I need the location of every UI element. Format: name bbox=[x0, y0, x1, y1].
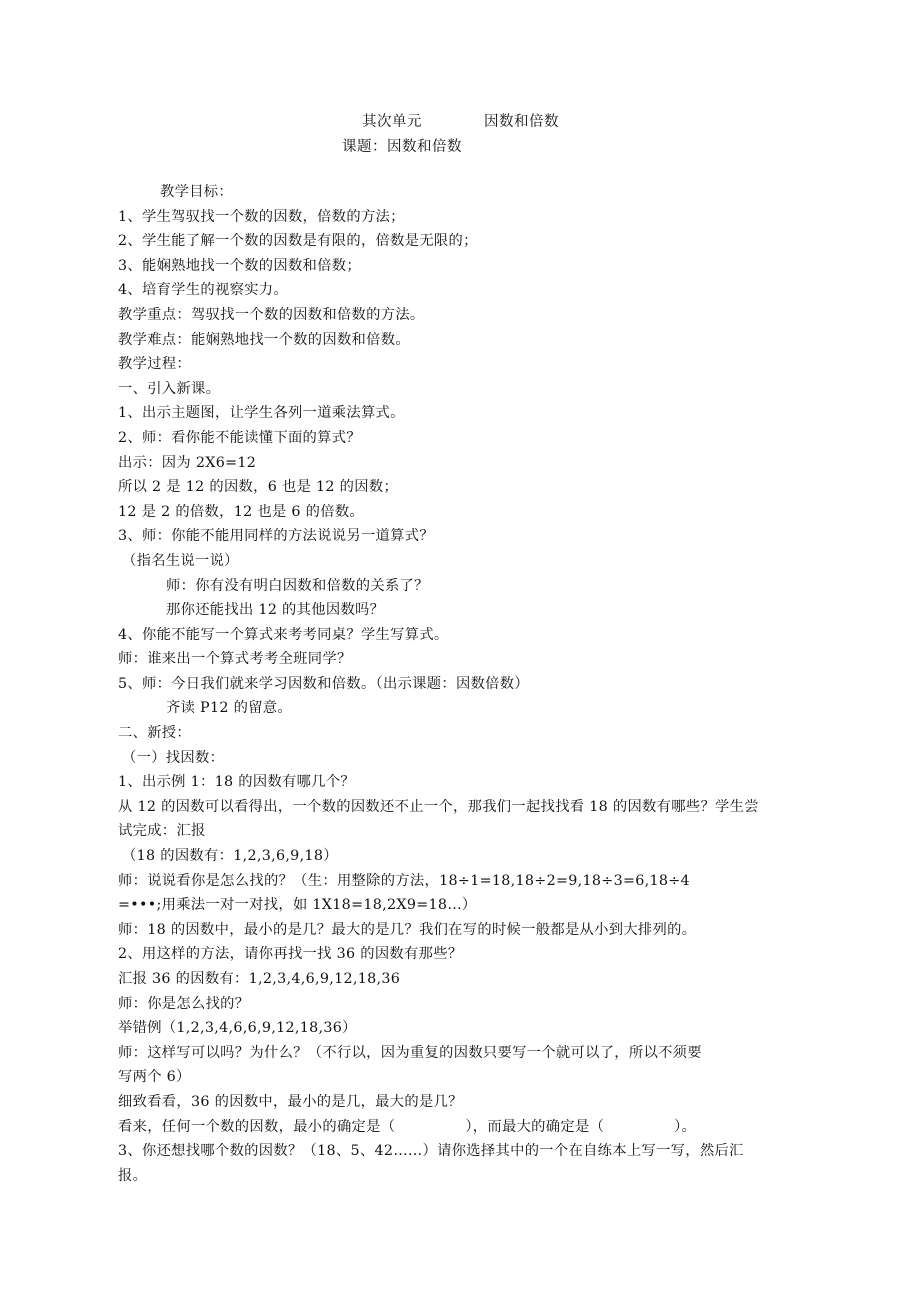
process-line: 写两个 6） bbox=[118, 1065, 808, 1090]
process-line: 2、师：看你能不能读懂下面的算式？ bbox=[118, 426, 808, 451]
process-heading: 教学过程： bbox=[118, 352, 808, 377]
process-line: 3、你还想找哪个数的因数？（18、5、42……）请你选择其中的一个在自练本上写一… bbox=[118, 1139, 808, 1164]
process-line: 汇报 36 的因数有：1,2,3,4,6,9,12,18,36 bbox=[118, 967, 808, 992]
process-line: 12 是 2 的倍数，12 也是 6 的倍数。 bbox=[118, 500, 808, 525]
lesson-body: 教学目标： 1、学生驾驭找一个数的因数，倍数的方法； 2、学生能了解一个数的因数… bbox=[118, 180, 808, 1188]
unit-topic: 因数和倍数 bbox=[484, 114, 559, 130]
section-heading: 二、新授： bbox=[118, 721, 808, 746]
process-line: 师：你有没有明白因数和倍数的关系了？ bbox=[118, 574, 808, 599]
process-line: 4、你能不能写一个算式来考考同桌？学生写算式。 bbox=[118, 623, 808, 648]
section-heading: 一、引入新课。 bbox=[118, 377, 808, 402]
process-line: 细致看看，36 的因数中，最小的是几，最大的是几？ bbox=[118, 1090, 808, 1115]
unit-label: 其次单元 bbox=[362, 114, 422, 130]
subsection-heading: （一）找因数： bbox=[118, 746, 808, 771]
process-line: 2、用这样的方法，请你再找一找 36 的因数有那些？ bbox=[118, 942, 808, 967]
process-line: （指名生说一说） bbox=[118, 549, 808, 574]
process-line: 试完成：汇报 bbox=[118, 819, 808, 844]
process-line: 师：这样写可以吗？为什么？（不行以，因为重复的因数只要写一个就可以了，所以不须要 bbox=[118, 1041, 808, 1066]
process-line: =•••;用乘法一对一对找，如 1X18=18,2X9=18…） bbox=[118, 893, 808, 918]
process-line: 齐读 P12 的留意。 bbox=[118, 696, 808, 721]
process-line: 师：说说看你是怎么找的？（生：用整除的方法，18÷1=18,18÷2=9,18÷… bbox=[118, 869, 808, 894]
fill-blank-text: 看来，任何一个数的因数，最小的确定是（ bbox=[118, 1119, 395, 1135]
process-line: 师：谁来出一个算式考考全班同学？ bbox=[118, 647, 808, 672]
objective-item: 1、学生驾驭找一个数的因数，倍数的方法； bbox=[118, 205, 808, 230]
process-line: 举错例（1,2,3,4,6,6,9,12,18,36） bbox=[118, 1016, 808, 1041]
process-line: 报。 bbox=[118, 1164, 808, 1189]
lesson-title: 课题：因数和倍数 bbox=[342, 135, 462, 156]
key-point: 教学重点：驾驭找一个数的因数和倍数的方法。 bbox=[118, 303, 808, 328]
process-line: 3、师：你能不能用同样的方法说说另一道算式？ bbox=[118, 524, 808, 549]
process-line: （18 的因数有：1,2,3,6,9,18） bbox=[118, 844, 808, 869]
process-line: 师：18 的因数中，最小的是几？最大的是几？我们在写的时候一般都是从小到大排列的… bbox=[118, 918, 808, 943]
document-page: 其次单元因数和倍数 课题：因数和倍数 教学目标： 1、学生驾驭找一个数的因数，倍… bbox=[0, 0, 920, 1301]
fill-blank-text: ）。 bbox=[674, 1119, 696, 1135]
objectives-heading: 教学目标： bbox=[118, 180, 808, 205]
objective-item: 3、能娴熟地找一个数的因数和倍数； bbox=[118, 254, 808, 279]
unit-title: 其次单元因数和倍数 bbox=[362, 110, 559, 131]
process-line: 出示：因为 2X6=12 bbox=[118, 451, 808, 476]
process-line: 从 12 的因数可以看得出，一个数的因数还不止一个，那我们一起找找看 18 的因… bbox=[118, 795, 808, 820]
process-line: 师：你是怎么找的？ bbox=[118, 992, 808, 1017]
difficult-point: 教学难点：能娴熟地找一个数的因数和倍数。 bbox=[118, 328, 808, 353]
objective-item: 4、培育学生的视察实力。 bbox=[118, 278, 808, 303]
process-line: 1、出示主题图，让学生各列一道乘法算式。 bbox=[118, 401, 808, 426]
fill-blank-line: 看来，任何一个数的因数，最小的确定是（），而最大的确定是（）。 bbox=[118, 1115, 808, 1140]
process-line: 5、师：今日我们就来学习因数和倍数。（出示课题：因数倍数） bbox=[118, 672, 808, 697]
process-line: 1、出示例 1：18 的因数有哪几个？ bbox=[118, 770, 808, 795]
process-line: 所以 2 是 12 的因数，6 也是 12 的因数； bbox=[118, 475, 808, 500]
objective-item: 2、学生能了解一个数的因数是有限的，倍数是无限的； bbox=[118, 229, 808, 254]
fill-blank-text: ），而最大的确定是（ bbox=[465, 1119, 604, 1135]
process-line: 那你还能找出 12 的其他因数吗？ bbox=[118, 598, 808, 623]
